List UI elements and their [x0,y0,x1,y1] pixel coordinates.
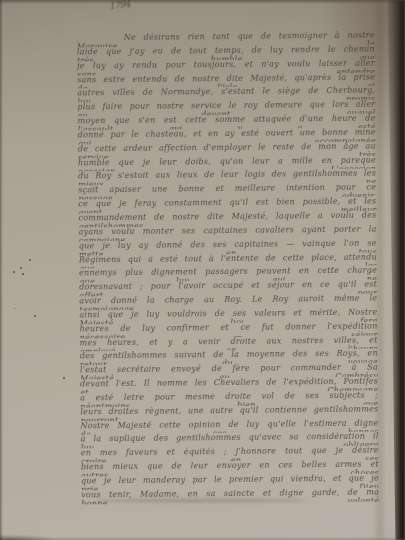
ink-speck [34,315,36,317]
manuscript-lines: Ne désirans rien tant que de tesmoigner … [77,31,380,505]
ink-speck [29,259,31,261]
page-number-annotation: 1794 [110,0,132,12]
ink-speck [13,271,15,273]
manuscript-photo: 1794 Ne désirans rien tant que de tesmoi… [0,0,405,540]
manuscript-text-block: Ne désirans rien tant que de tesmoigner … [77,31,380,505]
ink-speck [63,377,65,379]
ink-speck [20,267,22,269]
ink-speck [14,308,15,309]
crease-shadow [95,499,307,502]
ink-speck [22,273,24,275]
